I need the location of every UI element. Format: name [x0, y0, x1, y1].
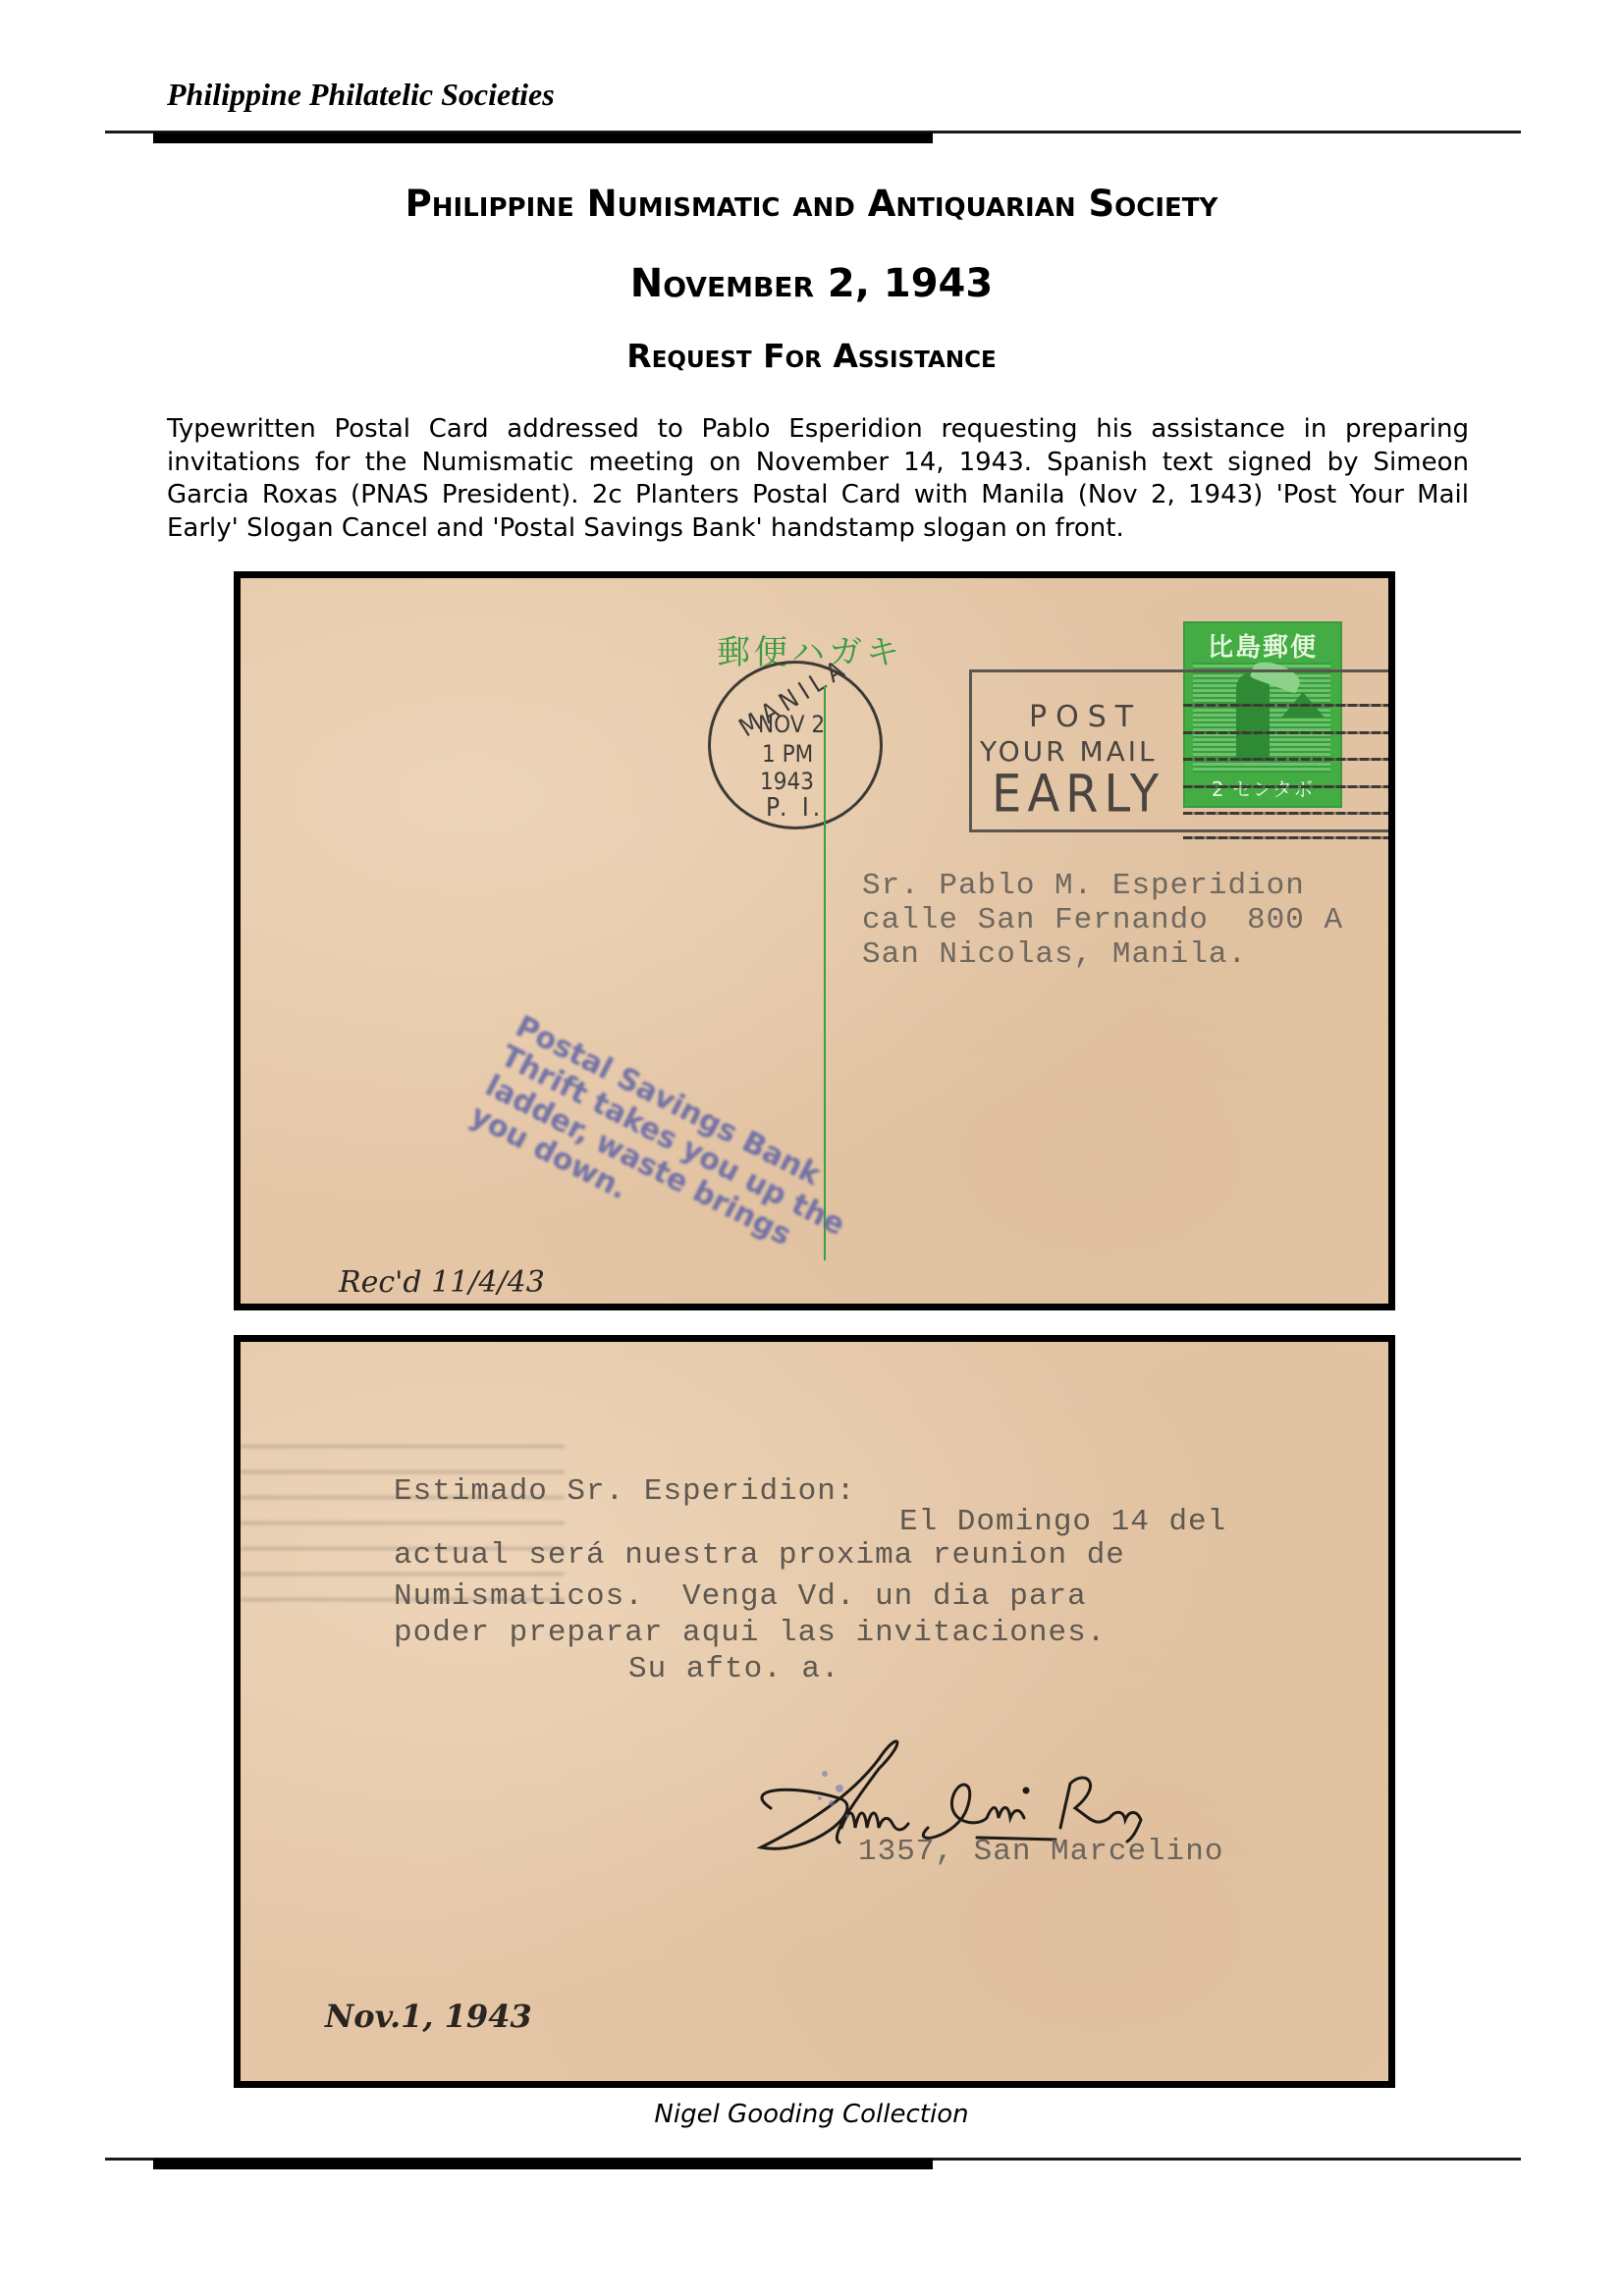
letter-line: poder preparar aqui las invitaciones. [394, 1616, 1106, 1650]
postmark-year: 1943 [760, 768, 814, 795]
postmark-region: P. I. [766, 793, 824, 823]
stamp-top-text: 比島郵便 [1185, 627, 1340, 664]
page-title: Philippine Numismatic and Antiquarian So… [0, 183, 1623, 225]
collection-caption: Nigel Gooding Collection [0, 2100, 1623, 2129]
letter-line: Su afto. a. [628, 1652, 840, 1686]
cancel-wavy-line [1183, 785, 1391, 788]
letter-line: Numismaticos. Venga Vd. un dia para [394, 1579, 1087, 1614]
cancel-wavy-line [1183, 758, 1391, 761]
postmark-date: NOV 2 [758, 711, 825, 738]
address-line: Sr. Pablo M. Esperidion [862, 869, 1305, 903]
handwritten-date: Nov.1, 1943 [325, 1998, 532, 2035]
cancel-wavy-line [1183, 836, 1391, 839]
manila-postmark: MANILA NOV 2 1 PM 1943 P. I. [708, 661, 883, 829]
postal-card-back: Estimado Sr. Esperidion: El Domingo 14 d… [234, 1335, 1395, 2088]
postmark-time: 1 PM [762, 740, 813, 768]
cancel-wavy-line [1183, 812, 1391, 815]
cancel-wavy-line [1183, 704, 1391, 707]
footer-rule-thick [153, 2159, 933, 2169]
postal-card-front: 郵便ハガキ 比島郵便 2 センタボ POST YOUR MAIL EARLY M… [234, 571, 1395, 1310]
description-paragraph: Typewritten Postal Card addressed to Pab… [167, 413, 1469, 545]
letter-line: Estimado Sr. Esperidion: [394, 1474, 855, 1509]
received-note: Rec'd 11/4/43 [339, 1265, 545, 1300]
address-line: San Nicolas, Manila. [862, 937, 1247, 972]
letter-line: El Domingo 14 del [899, 1505, 1226, 1539]
sender-address: 1357, San Marcelino [858, 1835, 1223, 1869]
slogan-line: YOUR MAIL [980, 735, 1158, 768]
cancel-wavy-line [1183, 731, 1391, 734]
header-rule-thick [153, 133, 933, 143]
letter-line: actual será nuestra proxima reunion de [394, 1538, 1125, 1573]
slogan-cancel-box: POST YOUR MAIL EARLY [969, 669, 1395, 832]
address-line: calle San Fernando 800 A [862, 903, 1343, 937]
page-date: November 2, 1943 [0, 261, 1623, 306]
page-subtitle: Request For Assistance [0, 337, 1623, 375]
publication-header: Philippine Philatelic Societies [167, 77, 555, 113]
show-through-cancel [241, 1436, 565, 1601]
slogan-line: EARLY [992, 764, 1164, 825]
slogan-line: POST [1029, 700, 1142, 734]
